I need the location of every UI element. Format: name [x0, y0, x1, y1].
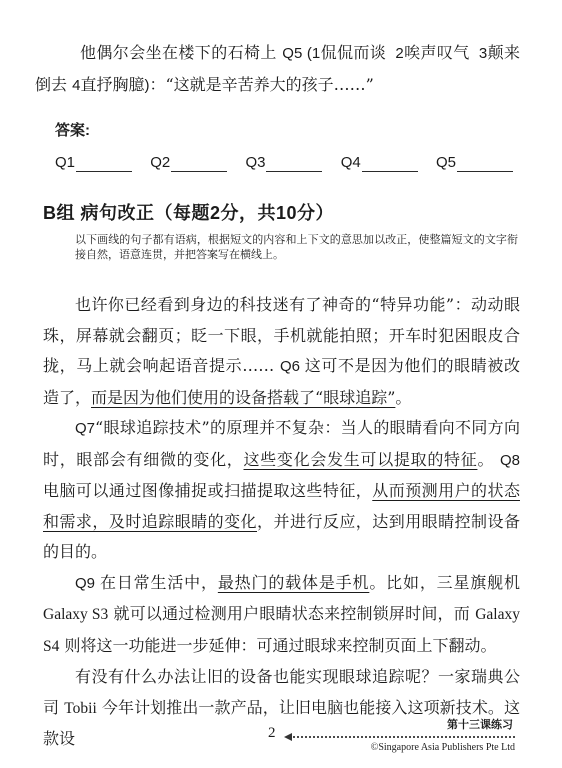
answer-item-q2: Q2 [150, 152, 227, 172]
text-run: Q7 [75, 420, 95, 437]
text-run: 唉声叹气 [404, 43, 470, 62]
underlined-sentence: 这些变化会发生可以提取的特征 [244, 450, 478, 469]
text-run: 直抒胸臆 [80, 75, 144, 94]
text-run: ：“这就是辛苦养大的孩子……” [149, 75, 373, 94]
answers-label: 答案: [55, 122, 520, 140]
text-run: 3 [470, 45, 487, 62]
text-run: Tobii [64, 700, 97, 717]
text-run: 。 [395, 388, 411, 407]
answer-item-q3: Q3 [245, 152, 322, 172]
section-b-instructions: 以下画线的句子都有语病，根据短文的内容和上下文的意思加以改正，使整篇短文的文字衔… [75, 233, 518, 263]
text-run: 。比如，三星旗舰机 [369, 573, 520, 592]
text-paragraph: Q7“眼球追踪技术”的原理并不复杂：当人的眼睛看向不同方向时，眼部会有细微的变化… [43, 413, 520, 568]
text-run: 他偶尔会坐在楼下的石椅上 [80, 43, 282, 62]
text-run: Q8 [500, 452, 520, 469]
footer-rule [288, 736, 515, 738]
rule-arrowhead-icon [284, 733, 292, 741]
text-run: 2 [386, 45, 403, 62]
text-run: Q6 [280, 358, 305, 375]
answer-label: Q3 [245, 154, 265, 172]
text-run: 就可以通过检测用户眼睛状态来控制锁屏时间，而 [108, 604, 475, 623]
answer-item-q5: Q5 [436, 152, 513, 172]
answer-item-q1: Q1 [55, 152, 132, 172]
answers-row: Q1Q2Q3Q4Q5 [55, 152, 513, 172]
underlined-sentence: 而是因为他们使用的设备搭载了“眼球追踪” [91, 388, 395, 407]
answer-blank [171, 156, 227, 172]
text-run: 电脑可以通过图像捕捉或扫描提取这些特征， [43, 481, 372, 500]
text-run: 。 [477, 450, 500, 469]
answer-blank [76, 156, 132, 172]
worksheet-page: 他偶尔会坐在楼下的石椅上 Q5 (1侃侃而谈 2唉声叹气 3颠来倒去 4直抒胸臆… [0, 0, 562, 768]
text-run: Q9 [75, 575, 100, 592]
text-paragraph: 也许你已经看到身边的科技迷有了神奇的“特异功能”：动动眼珠，屏幕就会翻页；眨一下… [43, 290, 520, 413]
copyright-notice: ©Singapore Asia Publishers Pte Ltd [262, 741, 515, 754]
answer-item-q4: Q4 [341, 152, 418, 172]
answer-label: Q5 [436, 154, 456, 172]
underlined-sentence: 最热门的载体是手机 [218, 573, 369, 592]
answer-label: Q4 [341, 154, 361, 172]
answer-blank [457, 156, 513, 172]
page-footer: 第十三课练习 ©Singapore Asia Publishers Pte Lt… [262, 718, 515, 754]
answer-blank [362, 156, 418, 172]
answer-label: Q1 [55, 154, 75, 172]
section-b-title: B组 病句改正（每题2分，共10分） [43, 202, 520, 224]
text-run: Galaxy S3 [43, 606, 108, 623]
page-number: 2 [268, 725, 276, 742]
text-paragraph: Q9 在日常生活中，最热门的载体是手机。比如，三星旗舰机 Galaxy S3 就… [43, 568, 520, 663]
intro-paragraph: 他偶尔会坐在楼下的石椅上 Q5 (1侃侃而谈 2唉声叹气 3颠来倒去 4直抒胸臆… [35, 37, 520, 101]
answer-label: Q2 [150, 154, 170, 172]
text-paragraph: 他偶尔会坐在楼下的石椅上 Q5 (1侃侃而谈 2唉声叹气 3颠来倒去 4直抒胸臆… [35, 37, 520, 101]
text-run: Q5 (1 [282, 45, 320, 62]
answer-blank [266, 156, 322, 172]
passage: 也许你已经看到身边的科技迷有了神奇的“特异功能”：动动眼珠，屏幕就会翻页；眨一下… [43, 290, 520, 755]
text-run: 侃侃而谈 [320, 43, 386, 62]
lesson-label: 第十三课练习 [262, 718, 515, 732]
text-run: 则将这一功能进一步延伸：可通过眼球来控制页面上下翻动。 [59, 636, 496, 655]
text-run: 在日常生活中， [100, 573, 218, 592]
